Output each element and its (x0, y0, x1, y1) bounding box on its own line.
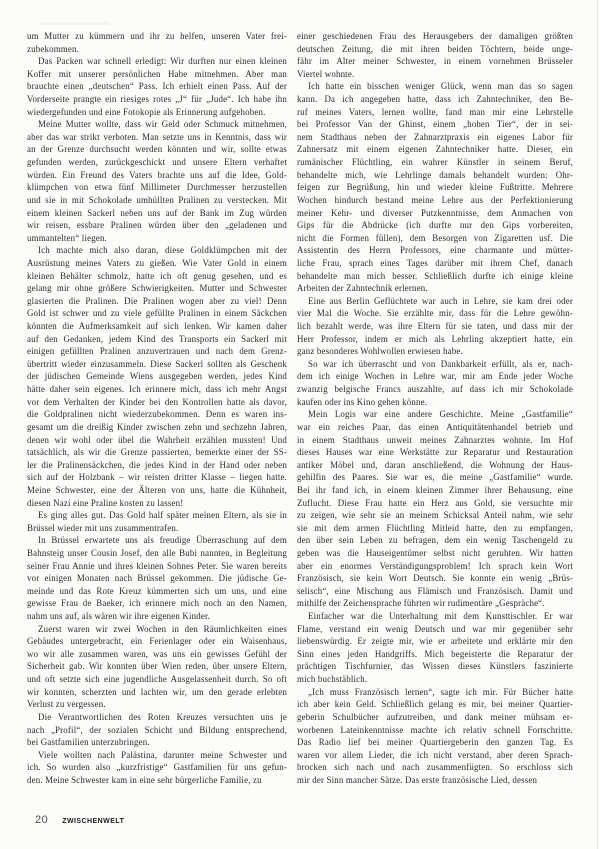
text-line: Assistentin des Herrn Professors, eine c… (297, 244, 573, 257)
text-line: Gold ist schwer und zu viele gefüllte Pr… (27, 307, 287, 320)
text-line: wir konnten, scherzten und lachten wir, … (27, 686, 287, 699)
paragraph: „Ich muss Französisch lernen“, sagte ich… (297, 686, 573, 787)
text-line: dieses Hauses war eine Werkstätte zur Re… (297, 446, 573, 459)
text-line: wo wir alle zusammen waren, was uns ein … (27, 648, 287, 661)
text-columns: um Mutter zu kümmern und ihr zu helfen, … (27, 30, 573, 787)
text-line: wir reisen, essbare Pralinen würden über… (27, 219, 287, 232)
text-line: ich. So wurden also „kurzfristige“ Gastf… (27, 761, 287, 774)
text-line: Flame, verstand ein wenig Deutsch und wa… (297, 623, 573, 636)
text-line: Zuerst waren wir zwei Wochen in den Räum… (27, 623, 287, 636)
text-line: kann. Da ich angegeben hatte, dass ich Z… (297, 93, 573, 106)
text-line: vor dem Verhalten der Kinder bei den Kon… (27, 396, 287, 409)
text-line: Bahnsteig unser Cousin Josef, den alle B… (27, 547, 287, 560)
text-line: kleinen Behälter schmolz, hatte ich oft … (27, 270, 287, 283)
paragraph: Ich hatte ein bisschen weniger Glück, we… (297, 80, 573, 294)
text-line: ich aber kein Geld. Schließlich gelang e… (297, 698, 573, 711)
text-line: vor einigen Monaten nach Brüssel gekomme… (27, 572, 287, 585)
text-line: klümpchen von etwa fünf Millimeter Durch… (27, 181, 287, 194)
text-line: einigen gefüllten Pralinen anzuvertrauen… (27, 345, 287, 358)
text-line: seiner Frau Annie und ihres kleinen Sohn… (27, 560, 287, 573)
text-line: brocken sich nach und nach zusammenfügte… (297, 761, 573, 774)
text-line: ler die Pralinensäckchen, die jedes Kind… (27, 459, 287, 472)
text-line: dem ich einige Wochen in Lehre war, mir … (297, 370, 573, 383)
text-line: deutschen Zeitung, die mit ihren beiden … (297, 43, 573, 56)
text-line: Arbeiten der Zahntechnik erlernen. (297, 282, 573, 295)
text-line: Verlust zu vergessen. (27, 698, 287, 711)
text-line: und sie in mit Schokolade umhüllten Pral… (27, 194, 287, 207)
text-line: war ein reiches Paar, das einen Antiquit… (297, 421, 573, 434)
text-line: brauchte einen „deutschen“ Pass. Ich erh… (27, 80, 287, 93)
text-line: diesen Nazi eine Praline kosten zu lasse… (27, 497, 287, 510)
text-line: den. Meine Schwester kam in eine sehr bü… (27, 774, 287, 787)
text-line: fähr im Alter meiner Schwester, in einem… (297, 55, 573, 68)
text-line: Sicherheit gab. Wir konnten über Wien re… (27, 660, 287, 673)
text-line: um Mutter zu kümmern und ihr zu helfen, … (27, 30, 287, 43)
page-number: 20 (35, 814, 48, 826)
paragraph: Meine Mutter wollte, dass wir Geld oder … (27, 118, 287, 244)
text-line: Viertel wohnte. (297, 68, 573, 81)
text-line: Mein Logis war eine andere Geschichte. M… (297, 408, 573, 421)
text-line: aber das war strikt verboten. Man setzte… (27, 131, 287, 144)
paragraph: einer geschiedenen Frau des Herausgebers… (297, 30, 573, 80)
text-line: Eine aus Berlin Geflüchtete war auch in … (297, 295, 573, 308)
paragraph: Eine aus Berlin Geflüchtete war auch in … (297, 295, 573, 358)
text-line: einer geschiedenen Frau des Herausgebers… (297, 30, 573, 43)
paragraph: Das Packen war schnell erledigt: Wir dur… (27, 55, 287, 118)
text-line: Brüssel wieder mit uns zusammentrafen. (27, 522, 287, 535)
text-line: mithilfe der Zeichensprache führten wir … (297, 597, 573, 610)
text-line: Herr Professor, indem er mich als Lehrli… (297, 333, 573, 346)
text-line: Viele wollten nach Palästina, darunter m… (27, 749, 287, 762)
text-line: Meine Mutter wollte, dass wir Geld oder … (27, 118, 287, 131)
text-line: Gebäudes untergebracht, ein Ferienlager … (27, 635, 287, 648)
text-line: gewisse Frau de Baeker, ich erinnere mic… (27, 597, 287, 610)
text-line: Das Radio lief bei meiner Quartiergeberi… (297, 736, 573, 749)
text-line: So war ich überrascht und von Dankbarkei… (297, 358, 573, 371)
text-line: zwanzig belgische Francs auszahlte, auf … (297, 383, 573, 396)
text-line: prächtigen Tischfurnier, das Wissen dies… (297, 660, 573, 673)
text-line: zubekommen. (27, 43, 287, 56)
text-line: Vorderseite prangte ein riesiges rotes „… (27, 93, 287, 106)
paragraph: Mein Logis war eine andere Geschichte. M… (297, 408, 573, 610)
text-line: nach „Profil“, der sozialen Schicht und … (27, 724, 287, 737)
page-edge-line (597, 0, 598, 849)
text-line: Ich hatte ein bisschen weniger Glück, we… (297, 80, 573, 93)
text-line: ganz besonderes Wohlwollen erwiesen habe… (297, 345, 573, 358)
text-line: und oft setzte sich eine jugendliche Aus… (27, 673, 287, 686)
paragraph: um Mutter zu kümmern und ihr zu helfen, … (27, 30, 287, 55)
text-line: nem Stadthaus neben der Zahnarztpraxis e… (297, 131, 573, 144)
text-line: antiker Möbel und, daran anschließend, d… (297, 459, 573, 472)
text-line: geben was die Hauseigentümer selbst nich… (297, 547, 573, 560)
text-line: worbenen Lateinkenntnisse machte ich rel… (297, 724, 573, 737)
text-line: meinde und das Rote Kreuz kümmerten sich… (27, 585, 287, 598)
text-line: in einem Stadthaus unweit meines Zahnarz… (297, 434, 573, 447)
text-line: Das Packen war schnell erledigt: Wir dur… (27, 55, 287, 68)
text-line: nicht die Formen füllen), dem Besorgen v… (297, 232, 573, 245)
text-line: gehilfin des Paares. Sie war es, die mei… (297, 471, 573, 484)
text-line: nahm uns auf, als wären wir ihre eigenen… (27, 610, 287, 623)
text-line: meiner Kehr- und diverser Putzkenntnisse… (297, 207, 573, 220)
left-text-column: um Mutter zu kümmern und ihr zu helfen, … (27, 30, 287, 787)
text-line: Zahnersatz mit einem eigenen Zahntechnik… (297, 143, 573, 156)
text-line: kaufen oder ins Kino gehen könne. (297, 396, 573, 409)
text-line: Wochen hindurch bestand meine Lehre aus … (297, 194, 573, 207)
text-line: mir der Sinn mancher Sätze. Das erste fr… (297, 774, 573, 787)
paragraph: Die Verantwortlichen des Roten Kreuzes v… (27, 711, 287, 749)
text-line: hätte daher sein eigenes. Ich erinnere m… (27, 383, 287, 396)
text-line: Gips für die Abdrücke (ich durfte nur de… (297, 219, 573, 232)
paragraph: Zuerst waren wir zwei Wochen in den Räum… (27, 623, 287, 711)
text-line: ruf meines Vaters, lernen wollte, fand m… (297, 106, 573, 119)
text-line: könnten die Aufmerksamkeit auf sich lenk… (27, 320, 287, 333)
text-line: Zuflucht. Diese Frau hatte ein Herz aus … (297, 497, 573, 510)
text-line: zu zeigen, wie sehr sie an meinem Schick… (297, 509, 573, 522)
text-line: Bei ihr fand ich, in einem kleinen Zimme… (297, 484, 573, 497)
text-line: den über sein Leben zu befragen, dem ein… (297, 534, 573, 547)
text-line: Ich machte mich also daran, diese Goldkl… (27, 244, 287, 257)
text-line: an der Grenze durchsucht werden könnten … (27, 143, 287, 156)
text-line: tatsächlich, als wir die Grenze passiert… (27, 446, 287, 459)
text-line: aber ein enormes Verständigungsproblem! … (297, 560, 573, 573)
text-line: bei Professor Van der Ghinst, einem „hoh… (297, 118, 573, 131)
paragraph: Viele wollten nach Palästina, darunter m… (27, 749, 287, 787)
text-line: waren vor allem Lieder, die ich nicht ve… (297, 749, 573, 762)
text-line: liche Frau, sprach eines Tages darüber m… (297, 257, 573, 270)
text-line: Meine Schwester, eine der Älteren von un… (27, 484, 287, 497)
text-line: Einfacher war die Unterhaltung mit dem K… (297, 610, 573, 623)
text-line: gesamt um die dreißig Kinder zwischen ze… (27, 421, 287, 434)
text-line: übertritt wieder einzusammeln. Diese Sac… (27, 358, 287, 371)
text-line: sich auf der Holzbank – wir reisten drit… (27, 471, 287, 484)
text-line: selisch“, eine Mischung aus Flämisch und… (297, 585, 573, 598)
text-line: „Ich muss Französisch lernen“, sagte ich… (297, 686, 573, 699)
text-line: einem kleinen Sackerl neben uns auf der … (27, 207, 287, 220)
text-line: sie mit dem armen Flüchtling Mitleid hat… (297, 522, 573, 535)
text-line: gelang mir ohne größere Schwierigkeiten.… (27, 282, 287, 295)
text-line: Ausrüstung meines Vaters zu gießen. Wie … (27, 257, 287, 270)
paragraph: In Brüssel erwartete uns als freudige Üb… (27, 534, 287, 622)
text-line: denen wir wohl oder übel die Wahrheit er… (27, 434, 287, 447)
paragraph: Es ging alles gut. Das Gold half später … (27, 509, 287, 534)
text-line: gefunden werden, zurückgeschickt und uns… (27, 156, 287, 169)
page-footer: 20 ZWISCHENWELT (35, 814, 124, 826)
text-line: Französisch, sie kein Wort Deutsch. Sie … (297, 572, 573, 585)
text-line: ummantelten“ liegen. (27, 232, 287, 245)
book-page: um Mutter zu kümmern und ihr zu helfen, … (0, 0, 600, 849)
text-line: bei Gastfamilien unterzubringen. (27, 736, 287, 749)
text-line: feigen zur Begrüßung, hin und wieder kle… (297, 181, 573, 194)
text-line: die Goldpralinen nicht wiederzubekommen.… (27, 408, 287, 421)
text-line: In Brüssel erwartete uns als freudige Üb… (27, 534, 287, 547)
right-text-column: einer geschiedenen Frau des Herausgebers… (297, 30, 573, 787)
text-line: Es ging alles gut. Das Gold half später … (27, 509, 287, 522)
text-line: wiedergefunden und eine Fotokopie als Er… (27, 106, 287, 119)
paragraph: So war ich überrascht und von Dankbarkei… (297, 358, 573, 408)
text-line: behandelte man mich besser. Schließlich … (297, 270, 573, 283)
paragraph: Ich machte mich also daran, diese Goldkl… (27, 244, 287, 509)
text-line: würden. Ein Freund des Vaters brachte un… (27, 169, 287, 182)
text-line: liebenswürdig. Er zeigte mir, wie er arb… (297, 635, 573, 648)
text-line: behandelte mich, wie Lehrlinge damals be… (297, 169, 573, 182)
paragraph: Einfacher war die Unterhaltung mit dem K… (297, 610, 573, 686)
text-line: Koffer mit unserer persönlichen Habe mit… (27, 68, 287, 81)
journal-title: ZWISCHENWELT (62, 818, 124, 825)
text-line: Die Verantwortlichen des Roten Kreuzes v… (27, 711, 287, 724)
text-line: Sinn eines jeden Handgriffs. Mich begeis… (297, 648, 573, 661)
text-line: mich buchstäblich. (297, 673, 573, 686)
text-line: auf den Gedanken, jedem Kind des Transpo… (27, 333, 287, 346)
text-line: rumänischer Flüchtling, ein wahrer Künst… (297, 156, 573, 169)
text-line: geberin Schulbücher aufzutreiben, und da… (297, 711, 573, 724)
text-line: glasierten die Pralinen. Die Pralinen wo… (27, 295, 287, 308)
text-line: der jüdischen Gemeinde Wiens ausgegeben … (27, 370, 287, 383)
scan-artifact (40, 22, 110, 25)
text-line: vier Mal die Woche. Sie erzählte mir, da… (297, 307, 573, 320)
text-line: lich bezahlt werde, was ihre Eltern für … (297, 320, 573, 333)
